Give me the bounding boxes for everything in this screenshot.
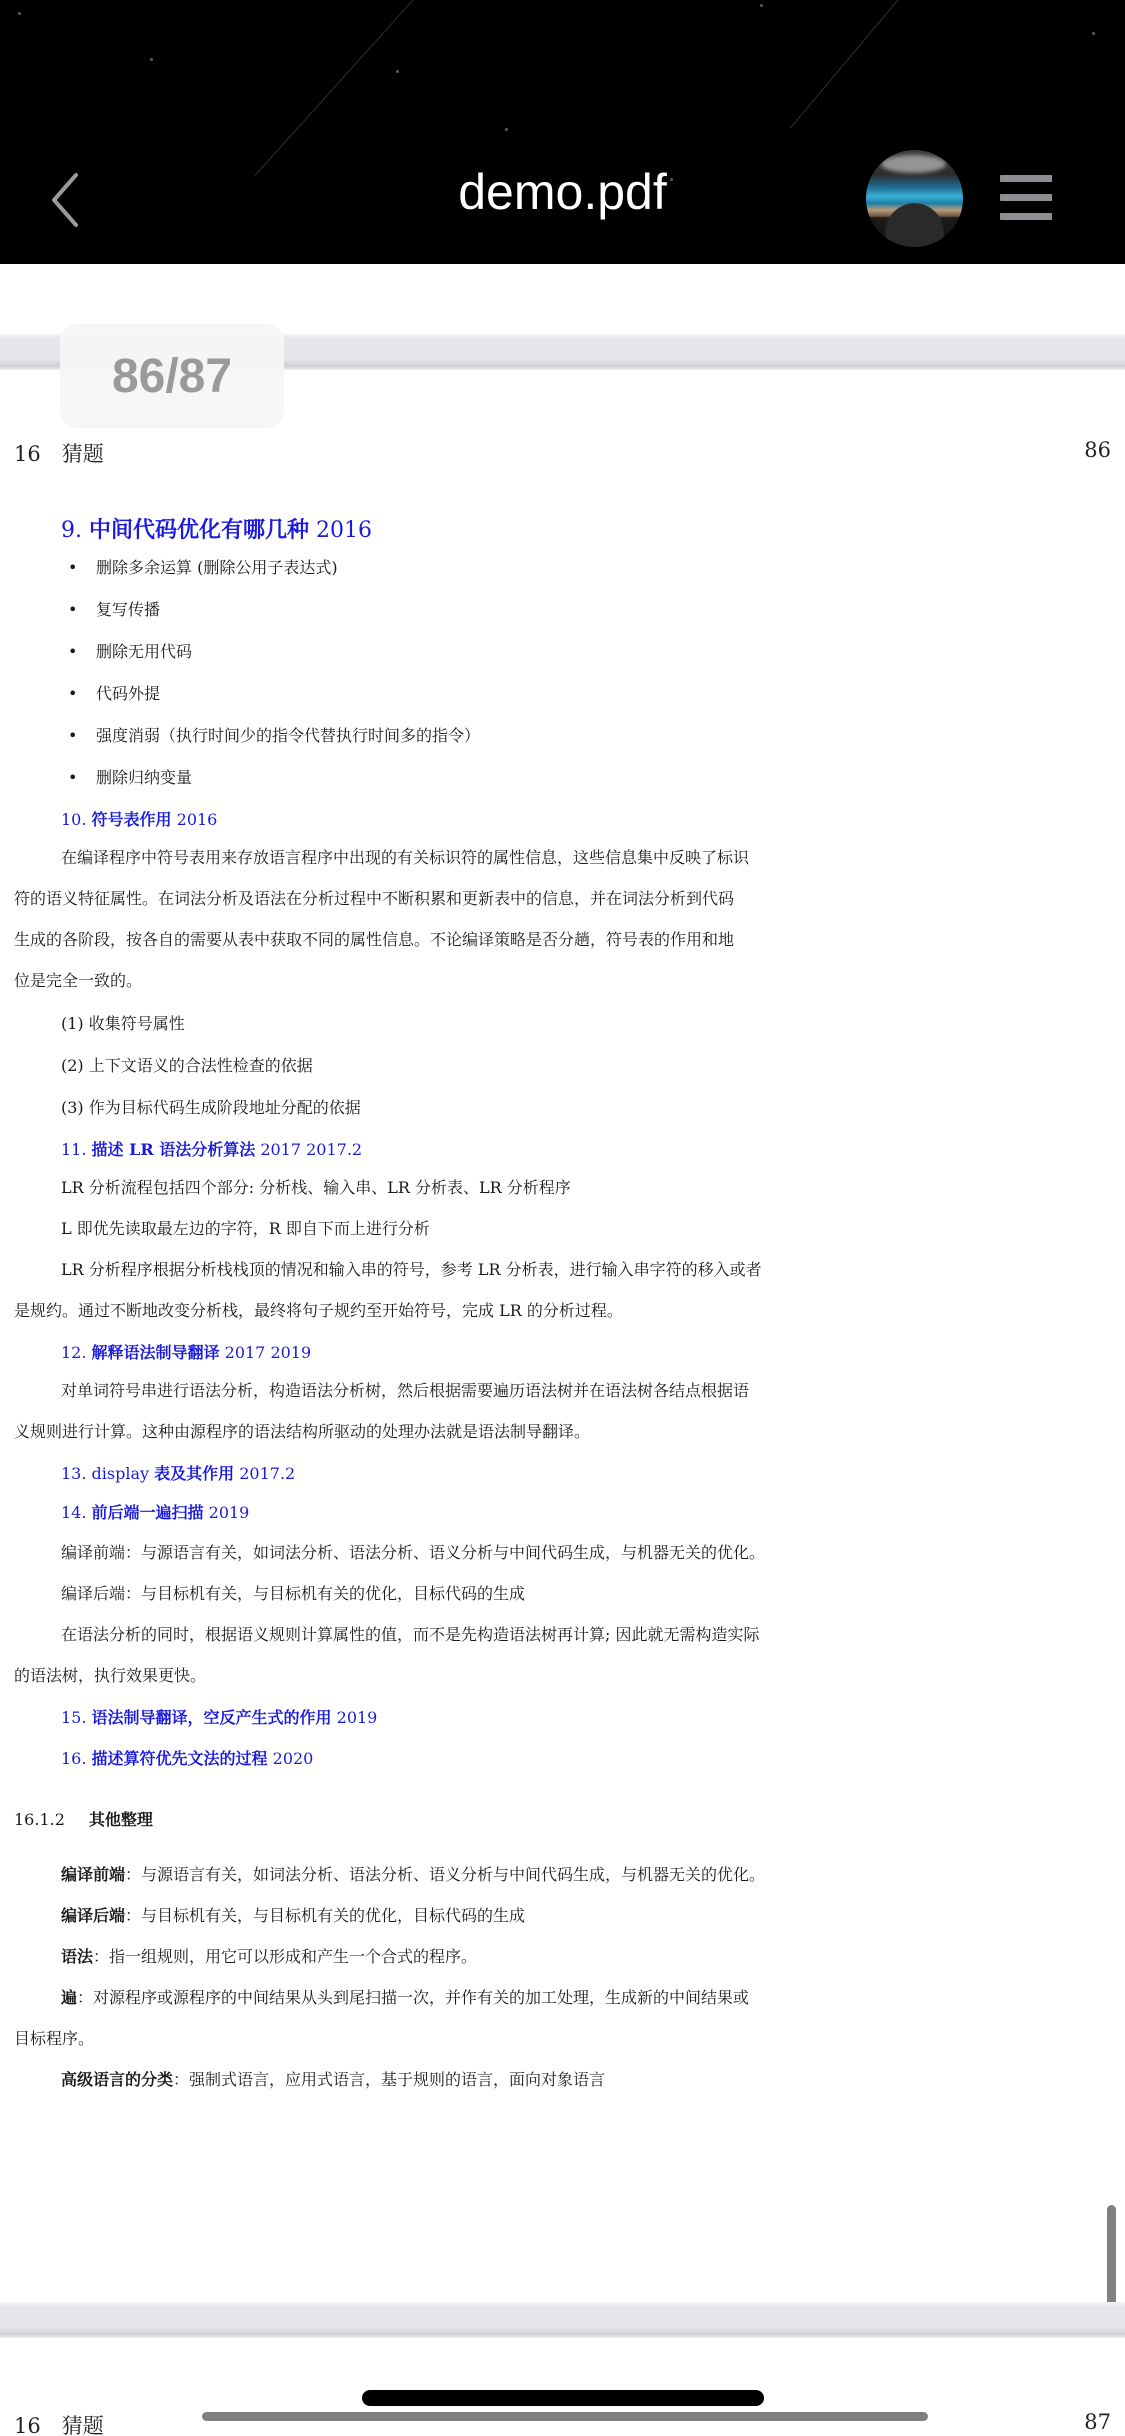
paragraph-line: LR 分析流程包括四个部分: 分析栈、输入串、LR 分析表、LR 分析程序 xyxy=(61,1175,571,1198)
list-item: 删除无用代码 xyxy=(68,639,192,662)
definition-term: 编译后端 xyxy=(61,1906,125,1925)
running-head-page-number: 87 xyxy=(1084,2410,1111,2436)
background-star xyxy=(760,4,763,7)
question-number: 13. xyxy=(61,1464,92,1483)
question-heading-15: 15. 语法制导翻译，空反产生式的作用 2019 xyxy=(61,1705,377,1728)
paragraph-line: L 即优先读取最左边的字符，R 即自下而上进行分析 xyxy=(61,1216,430,1239)
section-title: 其他整理 xyxy=(89,1810,153,1829)
question-year: 2019 xyxy=(332,1708,378,1727)
list-item: (1) 收集符号属性 xyxy=(61,1011,185,1034)
page-separator xyxy=(0,2302,1125,2338)
menu-button[interactable] xyxy=(1000,173,1056,225)
paragraph-line: 编译前端：与源语言有关，如词法分析、语法分析、语义分析与中间代码生成，与机器无关… xyxy=(61,1540,765,1563)
question-year: 2016 xyxy=(172,810,218,829)
definition-term: 高级语言的分类 xyxy=(61,2070,173,2089)
home-indicator[interactable] xyxy=(362,2390,764,2406)
paragraph-line: 符的语义特征属性。在词法分析及语法在分析过程中不断积累和更新表中的信息，并在词法… xyxy=(14,886,734,909)
background-streak xyxy=(790,0,919,129)
question-year: 2019 xyxy=(204,1503,250,1522)
question-number: 14. xyxy=(61,1503,92,1522)
paragraph-line: 对单词符号串进行语法分析，构造语法分析树，然后根据需要遍历语法树并在语法树各结点… xyxy=(61,1378,749,1401)
definition-text: ：与源语言有关，如词法分析、语法分析、语义分析与中间代码生成，与机器无关的优化。 xyxy=(125,1865,765,1884)
question-title-prefix: display xyxy=(92,1464,155,1483)
question-title: 描述 LR 语法分析算法 xyxy=(92,1140,256,1159)
paragraph-line: LR 分析程序根据分析栈栈顶的情况和输入串的符号，参考 LR 分析表，进行输入串… xyxy=(61,1257,762,1280)
question-year: 2017.2 xyxy=(234,1464,295,1483)
running-head-chapter: 16 猜题 xyxy=(14,438,104,468)
list-item: 删除归纳变量 xyxy=(68,765,192,788)
definition-text: ：指一组规则，用它可以形成和产生一个合式的程序。 xyxy=(93,1947,477,1966)
question-year: 2017 2017.2 xyxy=(255,1140,362,1159)
question-year: 2016 xyxy=(309,518,372,543)
hamburger-menu-icon-bar xyxy=(1000,194,1052,201)
section-number: 16.1.2 xyxy=(14,1810,65,1829)
question-heading-14: 14. 前后端一遍扫描 2019 xyxy=(61,1500,249,1523)
definition-text: ：与目标机有关，与目标机有关的优化，目标代码的生成 xyxy=(125,1906,525,1925)
background-streak xyxy=(255,0,450,176)
definition-item: 高级语言的分类：强制式语言，应用式语言，基于规则的语言，面向对象语言 xyxy=(61,2067,605,2090)
page-indicator: 86/87 xyxy=(60,324,284,428)
background-star xyxy=(1092,32,1095,35)
background-star xyxy=(505,128,508,131)
definition-term: 语法 xyxy=(61,1947,93,1966)
background-star xyxy=(150,58,153,61)
question-heading-13: 13. display 表及其作用 2017.2 xyxy=(61,1461,295,1484)
list-item: (2) 上下文语义的合法性检查的依据 xyxy=(61,1053,313,1076)
question-year: 2020 xyxy=(268,1749,314,1768)
question-year: 2017 2019 xyxy=(220,1343,312,1362)
definition-item: 语法：指一组规则，用它可以形成和产生一个合式的程序。 xyxy=(61,1944,477,1967)
list-item: 复写传播 xyxy=(68,597,160,620)
paragraph-line: 位是完全一致的。 xyxy=(14,968,142,991)
paragraph-line: 义规则进行计算。这种由源程序的语法结构所驱动的处理办法就是语法制导翻译。 xyxy=(14,1419,590,1442)
definition-term: 编译前端 xyxy=(61,1865,125,1884)
avatar-image-detail xyxy=(881,155,946,173)
question-title: 解释语法制导翻译 xyxy=(92,1343,220,1362)
definition-item: 遍：对源程序或源程序的中间结果从头到尾扫描一次，并作有关的加工处理，生成新的中间… xyxy=(61,1985,749,2008)
running-head-page-number: 86 xyxy=(1084,438,1111,468)
question-title: 前后端一遍扫描 xyxy=(92,1503,204,1522)
running-head-chapter: 16 猜题 xyxy=(14,2410,104,2436)
hamburger-menu-icon xyxy=(1000,175,1052,182)
paragraph-line: 的语法树，执行效果更快。 xyxy=(14,1663,206,1686)
list-item: 代码外提 xyxy=(68,681,160,704)
user-avatar[interactable] xyxy=(866,150,963,247)
top-navigation-bar: demo.pdf xyxy=(0,0,1125,264)
horizontal-scrollbar-thumb[interactable] xyxy=(202,2412,928,2421)
question-number: 15. xyxy=(61,1708,92,1727)
question-number: 12. xyxy=(61,1343,92,1362)
question-title: 描述算符优先文法的过程 xyxy=(92,1749,268,1768)
paragraph-line: 是规约。通过不断地改变分析栈，最终将句子规约至开始符号，完成 LR 的分析过程。 xyxy=(14,1298,623,1321)
question-heading-10: 10. 符号表作用 2016 xyxy=(61,807,217,830)
background-star xyxy=(396,70,399,73)
definition-item: 编译后端：与目标机有关，与目标机有关的优化，目标代码的生成 xyxy=(61,1903,525,1926)
question-title: 语法制导翻译，空反产生式的作用 xyxy=(92,1708,332,1727)
question-title: 中间代码优化有哪几种 xyxy=(89,517,309,543)
definition-text: ：对源程序或源程序的中间结果从头到尾扫描一次，并作有关的加工处理，生成新的中间结… xyxy=(77,1988,749,2007)
definition-continuation: 目标程序。 xyxy=(14,2026,94,2049)
paragraph-line: 编译后端：与目标机有关，与目标机有关的优化，目标代码的生成 xyxy=(61,1581,525,1604)
paragraph-line: 生成的各阶段，按各自的需要从表中获取不同的属性信息。不论编译策略是否分趟，符号表… xyxy=(14,927,734,950)
paragraph-line: 在语法分析的同时，根据语义规则计算属性的值，而不是先构造语法树再计算; 因此就无… xyxy=(61,1622,759,1645)
question-number: 11. xyxy=(61,1140,92,1159)
question-heading-12: 12. 解释语法制导翻译 2017 2019 xyxy=(61,1340,311,1363)
question-number: 10. xyxy=(61,810,92,829)
question-number: 16. xyxy=(61,1749,92,1768)
hamburger-menu-icon-bar xyxy=(1000,213,1052,220)
section-heading: 16.1.2其他整理 xyxy=(14,1807,153,1830)
list-item: 强度消弱（执行时间少的指令代替执行时间多的指令） xyxy=(68,723,480,746)
definition-text: ：强制式语言，应用式语言，基于规则的语言，面向对象语言 xyxy=(173,2070,605,2089)
page-running-head: 16 猜题 86 xyxy=(14,438,1111,468)
question-heading-11: 11. 描述 LR 语法分析算法 2017 2017.2 xyxy=(61,1137,362,1160)
paragraph-line: 在编译程序中符号表用来存放语言程序中出现的有关标识符的属性信息，这些信息集中反映… xyxy=(61,845,749,868)
background-star xyxy=(18,12,21,15)
question-heading-16: 16. 描述算符优先文法的过程 2020 xyxy=(61,1746,313,1769)
question-title: 符号表作用 xyxy=(92,810,172,829)
question-heading-9: 9. 中间代码优化有哪几种 2016 xyxy=(61,513,372,544)
question-number: 9. xyxy=(61,518,89,543)
definition-term: 遍 xyxy=(61,1988,77,2007)
vertical-scrollbar-thumb[interactable] xyxy=(1107,2205,1116,2315)
list-item: 删除多余运算 (删除公用子表达式) xyxy=(68,555,338,578)
list-item: (3) 作为目标代码生成阶段地址分配的依据 xyxy=(61,1095,361,1118)
question-title: 表及其作用 xyxy=(154,1464,234,1483)
definition-item: 编译前端：与源语言有关，如词法分析、语法分析、语义分析与中间代码生成，与机器无关… xyxy=(61,1862,765,1885)
